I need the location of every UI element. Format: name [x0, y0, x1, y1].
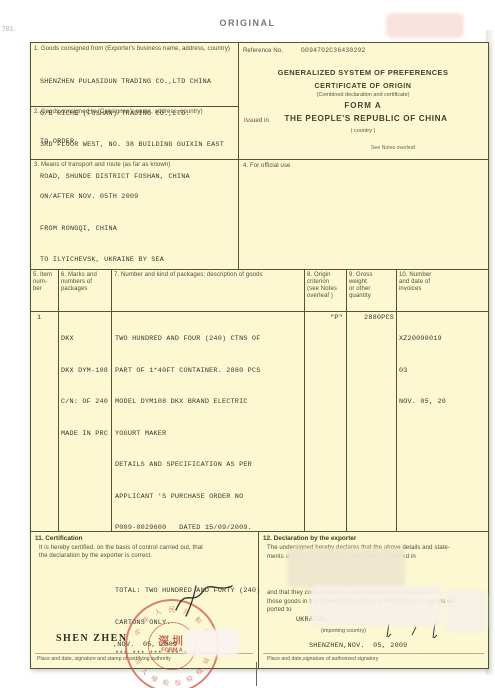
scanned-certificate-page: 781. ORIGINAL 1. Goods consigned from (E…: [0, 0, 495, 688]
censor-blur: [287, 548, 405, 588]
invoice-number-and-date: XZ20090019 03 NOV. 05, 20: [399, 313, 446, 429]
box2-label: 2. Goods consigned to (Consignee's name,…: [34, 109, 234, 116]
border-line: [111, 269, 112, 531]
stamp-center-text: 深圳: [158, 632, 186, 648]
transport-line: FROM RONGQI, CHINA: [40, 224, 164, 235]
box3-label: 3. Means of transport and route (as far …: [34, 162, 234, 169]
border-line: [304, 269, 305, 531]
issuing-country: THE PEOPLE'S REPUBLIC OF CHINA: [261, 114, 471, 123]
origin-criterion-value: "P": [307, 313, 343, 324]
box12-footer: Place and date,signature of authorized s…: [267, 656, 378, 662]
certification-text: It is hereby certified, on the basis of …: [39, 544, 251, 560]
censor-blur: [386, 13, 464, 38]
gross-weight-value: 2880PCS: [347, 313, 394, 324]
col6-header: 6. Marks andnumbers ofpackages: [61, 272, 111, 293]
stamp-form-a-text: FORM A: [161, 648, 183, 654]
signature-line: [263, 653, 484, 654]
border-line: [346, 269, 347, 531]
transport-line: ON/AFTER NOV. 05TH 2009: [40, 192, 164, 203]
marks-and-numbers: DKX DKX DYM-108 C/N: OF 240 MADE IN PRC: [61, 313, 108, 460]
gsp-title: GENERALIZED SYSTEM OF PREFERENCES: [238, 68, 488, 77]
form-a-title: FORM A: [238, 101, 488, 110]
country-note: ( country ): [238, 128, 488, 134]
col7-header: 7. Number and kind of packages; descript…: [114, 272, 302, 279]
censor-blur: [310, 586, 442, 626]
exporter-line: SHENZHEN PULASIDUN TRADING CO.,LTD CHINA: [40, 77, 224, 88]
col8-header: 8. Origincriterion(see Notesoverleaf ): [307, 272, 347, 300]
censor-blur: [445, 590, 487, 632]
item-number: 1: [37, 313, 41, 324]
reference-label: Reference No.: [243, 48, 283, 55]
form-a-certificate: 1. Goods consigned from (Exporter's busi…: [30, 42, 489, 669]
box11-label: 11. Certification: [35, 535, 83, 542]
border-line: [58, 269, 59, 531]
stray-divider-mark: [256, 662, 257, 686]
combined-declaration-subtitle: (Combined declaration and certificate): [238, 92, 488, 98]
col10-header: 10. Numberand date ofinvoices: [399, 272, 487, 293]
box1-label: 1. Goods consigned from (Exporter's busi…: [34, 46, 234, 53]
handwritten-signature: [166, 578, 241, 623]
col9-header: 9. Grossweightor otherquantity: [349, 272, 394, 300]
col5-header: 5. Itemnum-ber: [33, 272, 57, 293]
box4-label: 4. For official use: [243, 163, 290, 170]
border-line: [396, 269, 397, 531]
border-line: [31, 311, 488, 312]
transport-line: TO ILYICHEVSK, UKRAINE BY SEA: [40, 255, 164, 266]
censor-blur: [184, 629, 240, 656]
reference-number: G094702C36430292: [301, 46, 366, 57]
box12-label: 12. Declaration by the exporter: [263, 535, 356, 542]
see-notes-overleaf: See Notes overleaf: [371, 145, 415, 151]
certificate-of-origin-title: CERTIFICATE OF ORIGIN: [238, 81, 488, 90]
importing-country-note: (importing country): [321, 628, 366, 634]
consignee-line: TO ORDER: [40, 137, 74, 148]
